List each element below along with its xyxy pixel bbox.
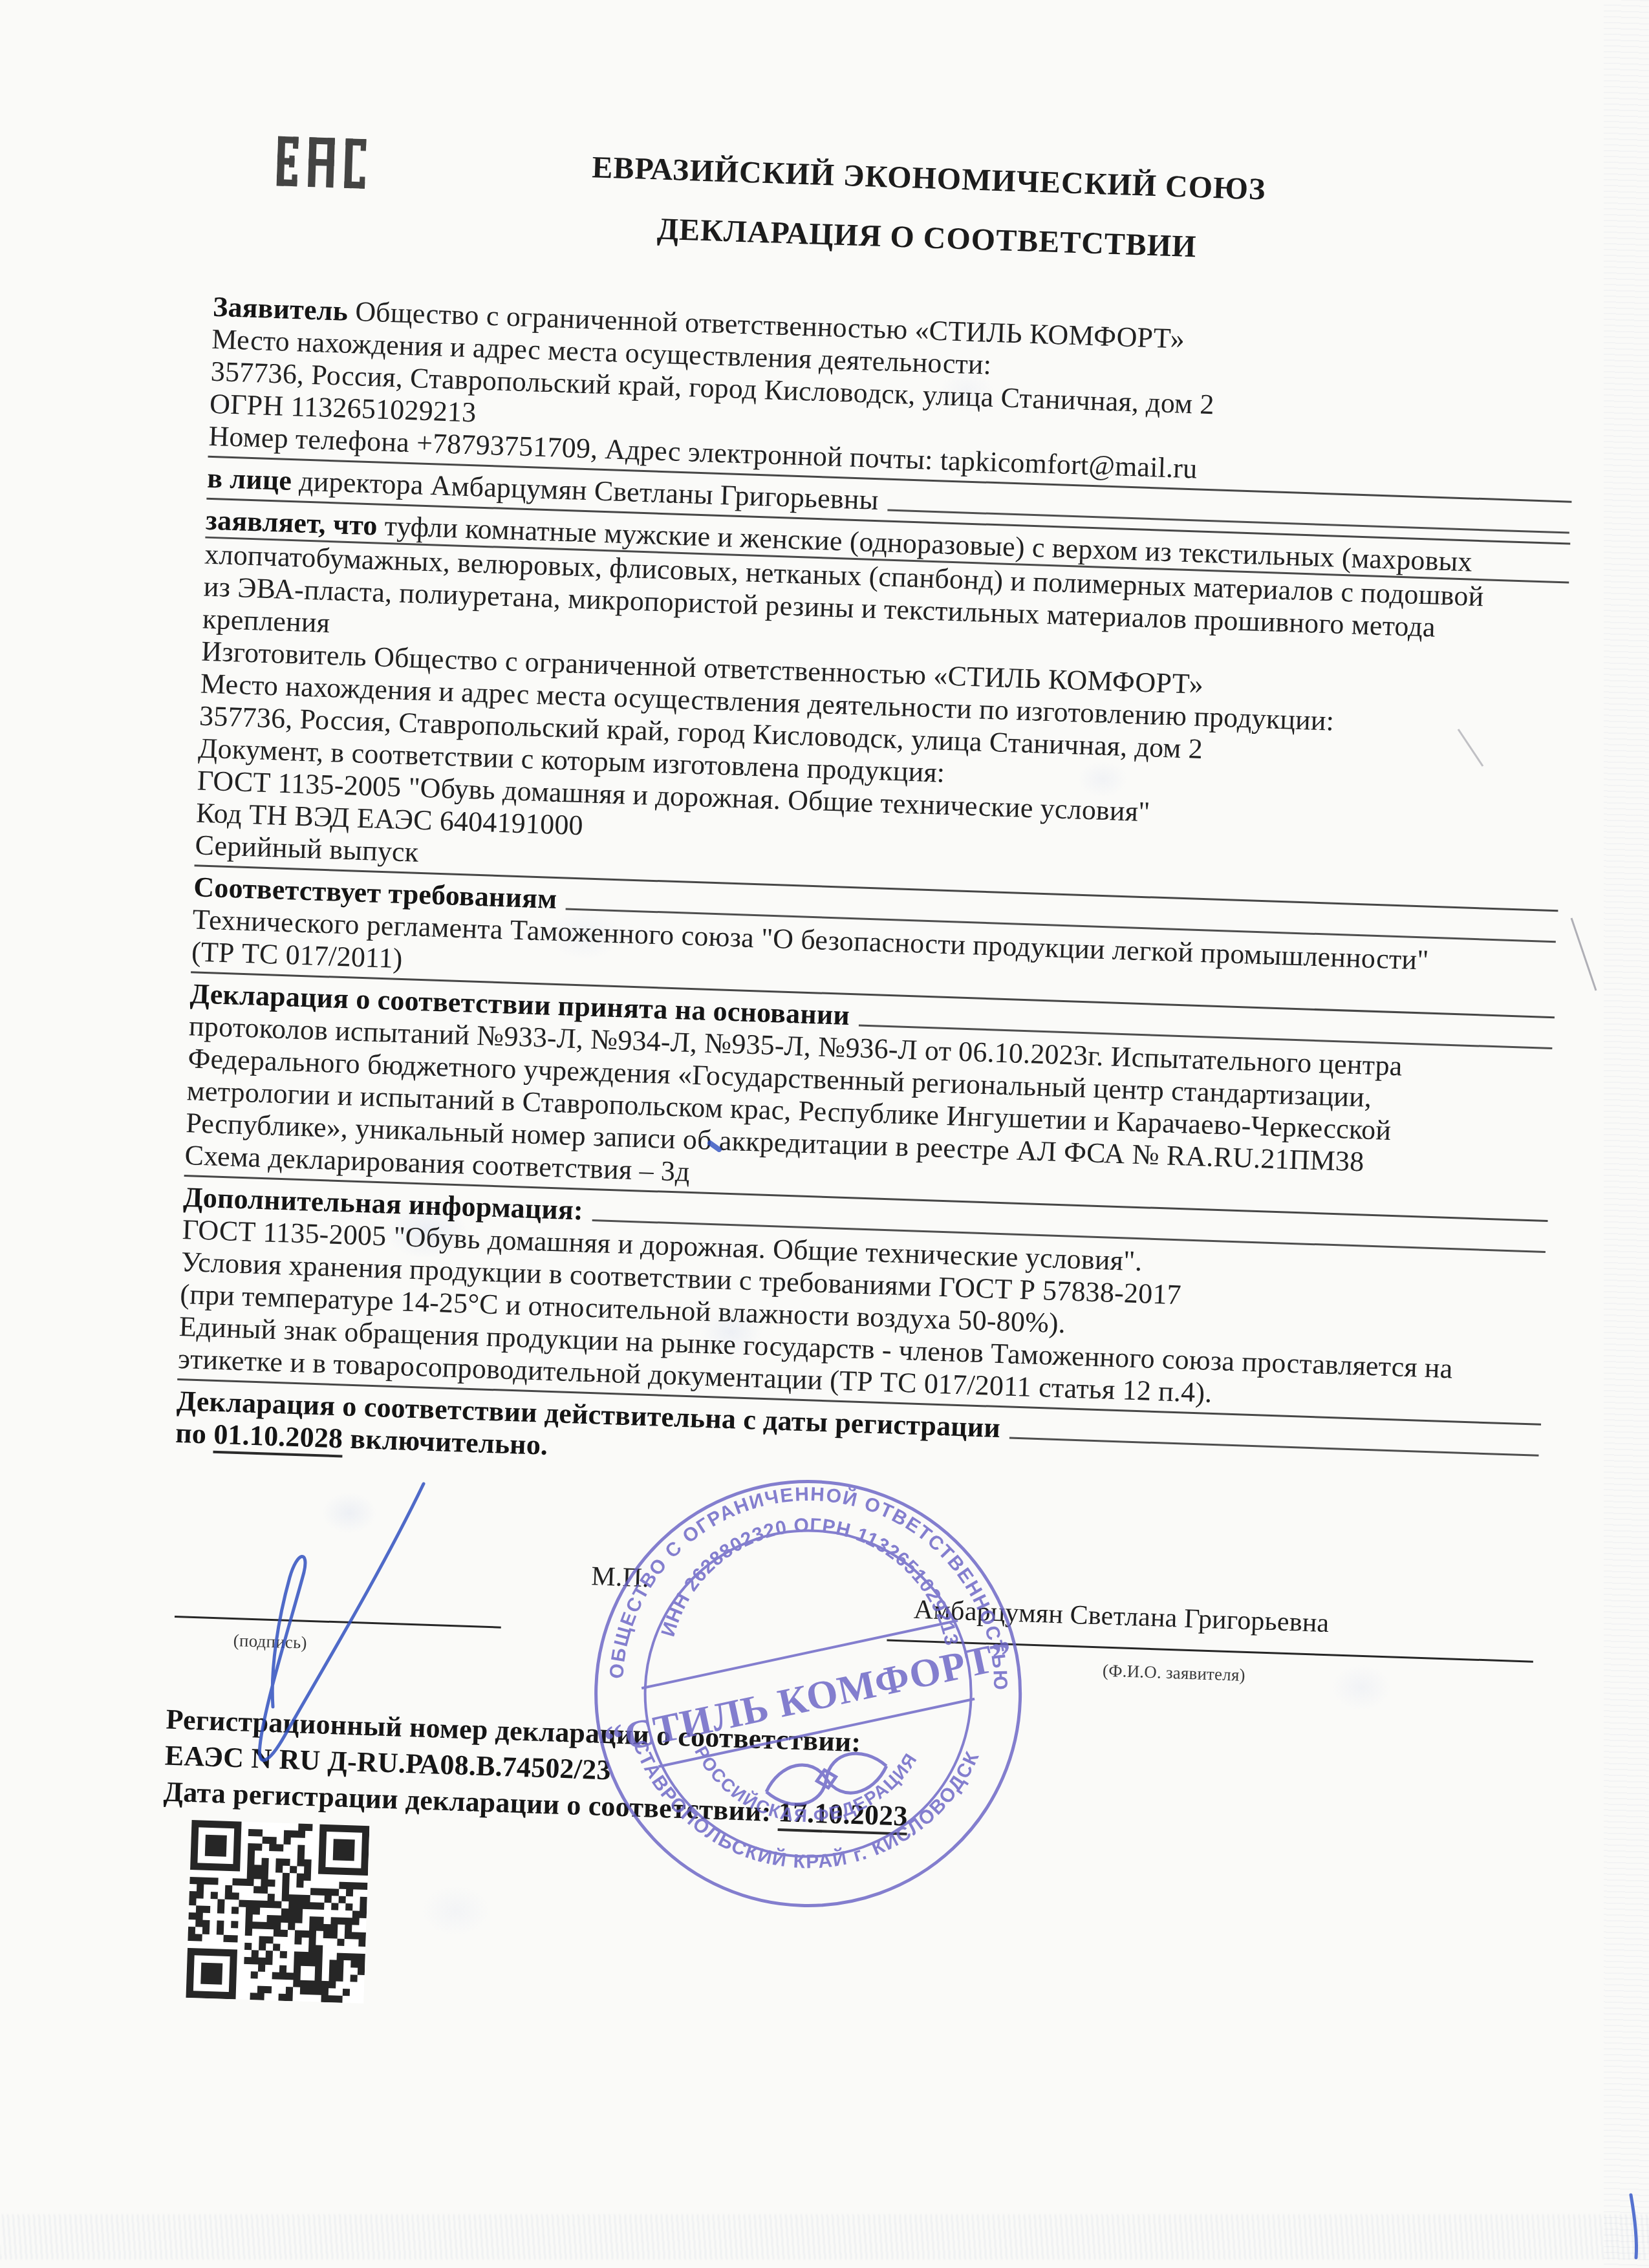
validity-prefix: по (175, 1417, 215, 1450)
ink-stroke (1631, 2195, 1637, 2258)
additional-section: Дополнительная информация: ГОСТ 1135-200… (177, 1181, 1547, 1426)
declaration-document: ЕВРАЗИЙСКИЙ ЭКОНОМИЧЕСКИЙ СОЮЗ ДЕКЛАРАЦИ… (156, 97, 1583, 2045)
declares-label: заявляет, что (205, 504, 378, 542)
pencil-mark (1571, 918, 1596, 990)
scan-noise-right (1604, 0, 1649, 2268)
stamp-inner-bottom-text: РОССИЙСКАЯ ФЕДЕРАЦИЯ (689, 1742, 921, 1830)
validity-suffix: включительно. (342, 1422, 548, 1460)
qr-code-block (186, 1820, 372, 2007)
basis-section: Декларация о соответствии принята на осн… (184, 978, 1555, 1222)
applicant-label: Заявитель (212, 291, 349, 327)
in-face-label: в лице (207, 462, 292, 497)
fio-caption: (Ф.И.О. заявителя) (1102, 1654, 1245, 1691)
company-round-stamp: ОБЩЕСТВО С ОГРАНИЧЕННОЙ ОТВЕТСТВЕННОСТЬЮ… (585, 1470, 1032, 1918)
scan-noise-bottom (0, 2214, 1649, 2260)
svg-text:РОССИЙСКАЯ ФЕДЕРАЦИЯ: РОССИЙСКАЯ ФЕДЕРАЦИЯ (689, 1742, 921, 1830)
in-face-director: директора Амбарцумян Светланы Григорьевн… (299, 465, 879, 517)
declares-section: заявляет, что туфли комнатные мужские и … (195, 504, 1570, 912)
qr-code (186, 1820, 369, 2004)
scanned-declaration-page: { "page": { "ink_color": "#222222", "sta… (0, 0, 1649, 2268)
signature-caption: (подпись) (233, 1624, 307, 1659)
